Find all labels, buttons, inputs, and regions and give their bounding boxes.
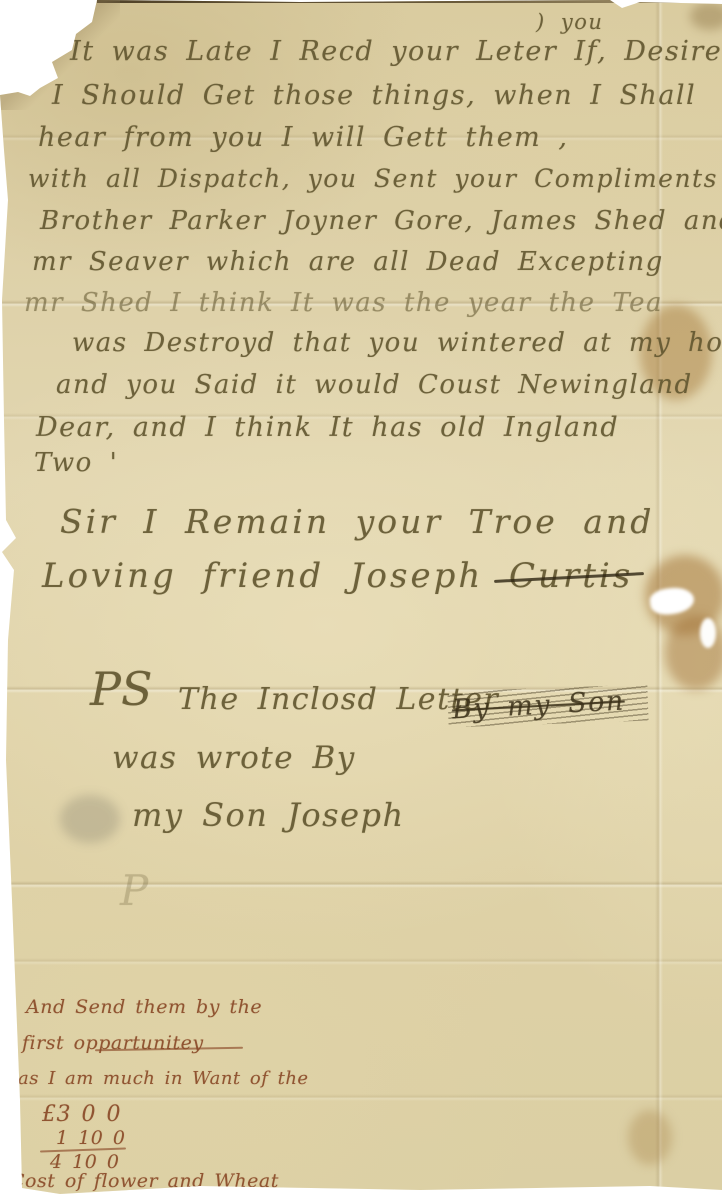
- page-top-shadow: [97, 0, 722, 3]
- letter-line: Two ': [34, 448, 118, 478]
- postscript-label: PS: [90, 662, 152, 716]
- amount-row: 1 10 0: [56, 1127, 125, 1149]
- letter-line: mr Seaver which are all Dead Excepting: [32, 247, 664, 277]
- margin-note-line: as I am much in Want of the: [18, 1068, 309, 1089]
- amount-row: £3 0 0: [42, 1102, 121, 1127]
- postscript-line: was wrote By: [112, 740, 356, 776]
- letter-line: was Destroyd that you wintered at my hou…: [72, 328, 722, 358]
- inserted-word: ) you: [536, 10, 603, 34]
- insertion-caret: ): [536, 10, 546, 34]
- scanned-letter-page: ) you as It was Late I Recd your Leter I…: [0, 0, 722, 1202]
- smudge-mark: [60, 795, 120, 843]
- letter-line: and you Said it would Coust Newingland: [56, 370, 693, 400]
- paper-sheet: ) you as It was Late I Recd your Leter I…: [0, 0, 722, 1202]
- letter-line: Brother Parker Joyner Gore, James Shed a…: [40, 206, 722, 236]
- letter-line: hear from you I will Gett them ,: [38, 122, 568, 153]
- letter-line: Dear, and I think It has old Ingland: [36, 412, 619, 443]
- ink-stain: [690, 2, 722, 30]
- letter-line: as It was Late I Recd your Leter If, Des…: [20, 36, 722, 67]
- margin-note-line: And Send them by the: [26, 996, 262, 1018]
- amount-caption: Cost of flower and Wheat: [10, 1170, 279, 1192]
- torn-hole: [700, 618, 716, 648]
- faint-pen-mark: P: [120, 866, 150, 915]
- torn-hole: [648, 585, 695, 617]
- letter-line: I Should Get those things, when I Shall: [52, 80, 696, 111]
- fold-crease: [0, 1094, 722, 1101]
- postscript-line: my Son Joseph: [132, 796, 405, 834]
- letter-line: with all Dispatch, you Sent your Complim…: [28, 164, 722, 193]
- fold-crease: [0, 881, 722, 888]
- fold-crease: [0, 958, 722, 965]
- ink-stain: [628, 1110, 672, 1165]
- closing-line: Sir I Remain your Troe and: [60, 502, 654, 541]
- inserted-word-text: you: [561, 10, 604, 34]
- letter-line: mr Shed I think It was the year the Tea: [24, 288, 663, 318]
- signature-line: Loving friend Joseph Curtis: [42, 556, 633, 596]
